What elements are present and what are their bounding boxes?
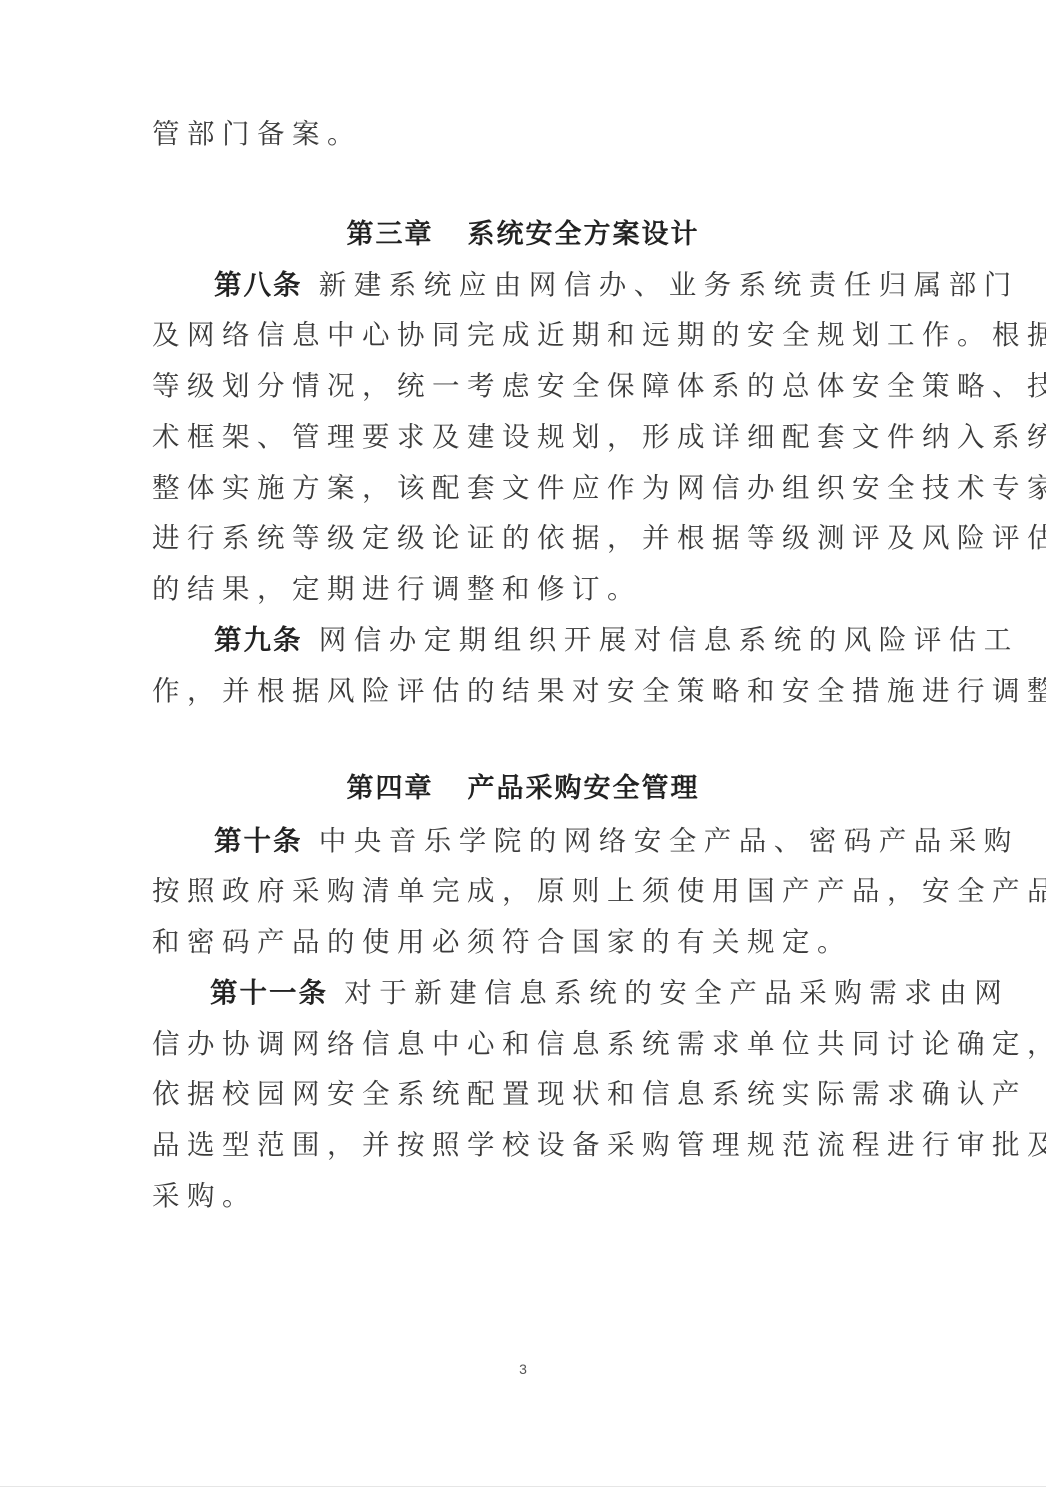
carryover-text: 管部门备案。: [152, 117, 912, 151]
article-11-label: 第十一条: [210, 977, 328, 1009]
article-11-line-3: 依据校园网安全系统配置现状和信息系统实际需求确认产: [152, 1077, 912, 1111]
page-number: 3: [0, 1361, 1046, 1377]
chapter-3-title: 系统安全方案设计: [468, 219, 700, 250]
article-10-line-3: 和密码产品的使用必须符合国家的有关规定。: [152, 925, 912, 959]
chapter-3-heading: 第三章系统安全方案设计: [0, 218, 1046, 252]
article-9-text: 网信办定期组织开展对信息系统的风险评估工: [319, 624, 1019, 656]
article-8-label: 第八条: [214, 269, 303, 301]
article-10-line-2: 按照政府采购清单完成，原则上须使用国产产品，安全产品: [152, 874, 912, 908]
article-9-label: 第九条: [214, 624, 303, 656]
article-8-line-7: 的结果，定期进行调整和修订。: [152, 572, 912, 606]
chapter-4-title: 产品采购安全管理: [468, 773, 700, 804]
article-11-line-1: 第十一条 对于新建信息系统的安全产品采购需求由网: [210, 976, 914, 1010]
article-11-line-2: 信办协调网络信息中心和信息系统需求单位共同讨论确定，: [152, 1027, 912, 1061]
article-8-line-6: 进行系统等级定级论证的依据，并根据等级测评及风险评估: [152, 521, 912, 555]
article-8-line-3: 等级划分情况，统一考虑安全保障体系的总体安全策略、技: [152, 369, 912, 403]
article-8-line-4: 术框架、管理要求及建设规划，形成详细配套文件纳入系统: [152, 420, 912, 454]
chapter-4-heading: 第四章产品采购安全管理: [0, 772, 1046, 806]
article-10-text: 中央音乐学院的网络安全产品、密码产品采购: [319, 825, 1019, 857]
article-9-line-2: 作，并根据风险评估的结果对安全策略和安全措施进行调整。: [152, 674, 912, 708]
article-11-text: 对于新建信息系统的安全产品采购需求由网: [344, 977, 1009, 1009]
article-11-line-5: 采购。: [152, 1179, 912, 1213]
article-8-line-2: 及网络信息中心协同完成近期和远期的安全规划工作。根据: [152, 318, 912, 352]
article-10-label: 第十条: [214, 825, 303, 857]
article-10-line-1: 第十条 中央音乐学院的网络安全产品、密码产品采购: [214, 824, 914, 858]
chapter-3-number: 第三章: [347, 219, 434, 250]
article-8-text: 新建系统应由网信办、业务系统责任归属部门: [319, 269, 1019, 301]
article-9-line-1: 第九条 网信办定期组织开展对信息系统的风险评估工: [214, 623, 914, 657]
article-8-line-5: 整体实施方案，该配套文件应作为网信办组织安全技术专家: [152, 471, 912, 505]
article-11-line-4: 品选型范围，并按照学校设备采购管理规范流程进行审批及: [152, 1128, 912, 1162]
page-bottom-edge: [0, 1486, 1046, 1487]
document-page: 管部门备案。 第三章系统安全方案设计 第八条 新建系统应由网信办、业务系统责任归…: [0, 0, 1046, 1490]
chapter-4-number: 第四章: [347, 773, 434, 804]
article-8-line-1: 第八条 新建系统应由网信办、业务系统责任归属部门: [214, 268, 914, 302]
